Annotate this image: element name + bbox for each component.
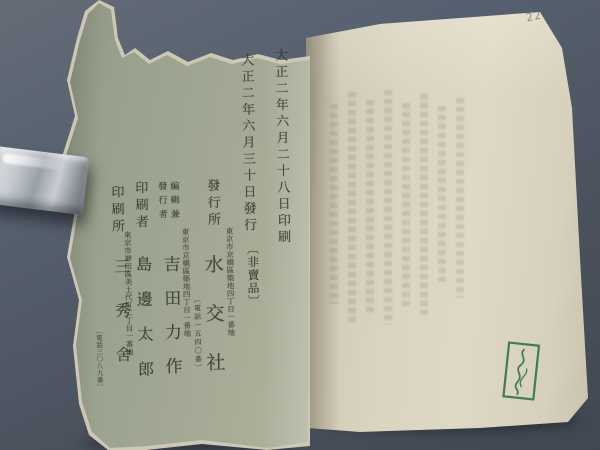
- editor-name: 吉田力作: [158, 255, 185, 391]
- showthrough-text: [402, 103, 410, 308]
- printshop-label: 印刷所: [106, 185, 126, 236]
- editor-label-left: 發行者: [155, 181, 169, 223]
- seal-stamp-graphic: [501, 340, 541, 401]
- publisher-phone: 〔電話一五四〇番〕: [192, 296, 203, 373]
- printer-name: 島邊太郎: [132, 255, 157, 395]
- showthrough-text: [366, 100, 374, 315]
- editor-label-right: 編輯兼: [167, 181, 181, 223]
- showthrough-text: [348, 92, 356, 322]
- page-sheen: [300, 8, 595, 98]
- publisher-label: 發行所: [202, 178, 222, 229]
- publisher-name: 水交社: [200, 254, 230, 401]
- green-seal-stamp: [501, 340, 541, 405]
- colophon-page: 大正二年六月二十八日印刷 大正二年六月三十日發行 〔非賣品〕 發行所 東京市京橋…: [52, 0, 310, 450]
- metal-clamp: [0, 146, 89, 215]
- colophon-text-block: 大正二年六月二十八日印刷 大正二年六月三十日發行 〔非賣品〕 發行所 東京市京橋…: [48, 0, 314, 450]
- printshop-phone: 〔電話三〇八九番〕: [95, 327, 105, 390]
- printshop-name: 三秀舍: [110, 258, 135, 390]
- showthrough-text: [384, 90, 392, 325]
- right-page: 22: [300, 8, 595, 436]
- showthrough-text: [420, 94, 428, 319]
- metal-highlight: [2, 153, 63, 170]
- printer-label: 印刷者: [130, 181, 150, 232]
- showthrough-text: [438, 106, 446, 286]
- showthrough-text: [456, 98, 464, 298]
- publish-date: 大正二年六月三十日發行: [236, 53, 258, 235]
- print-date: 大正二年六月二十八日印刷: [270, 48, 292, 246]
- showthrough-text: [330, 104, 338, 304]
- not-for-sale-label: 〔非賣品〕: [244, 243, 262, 308]
